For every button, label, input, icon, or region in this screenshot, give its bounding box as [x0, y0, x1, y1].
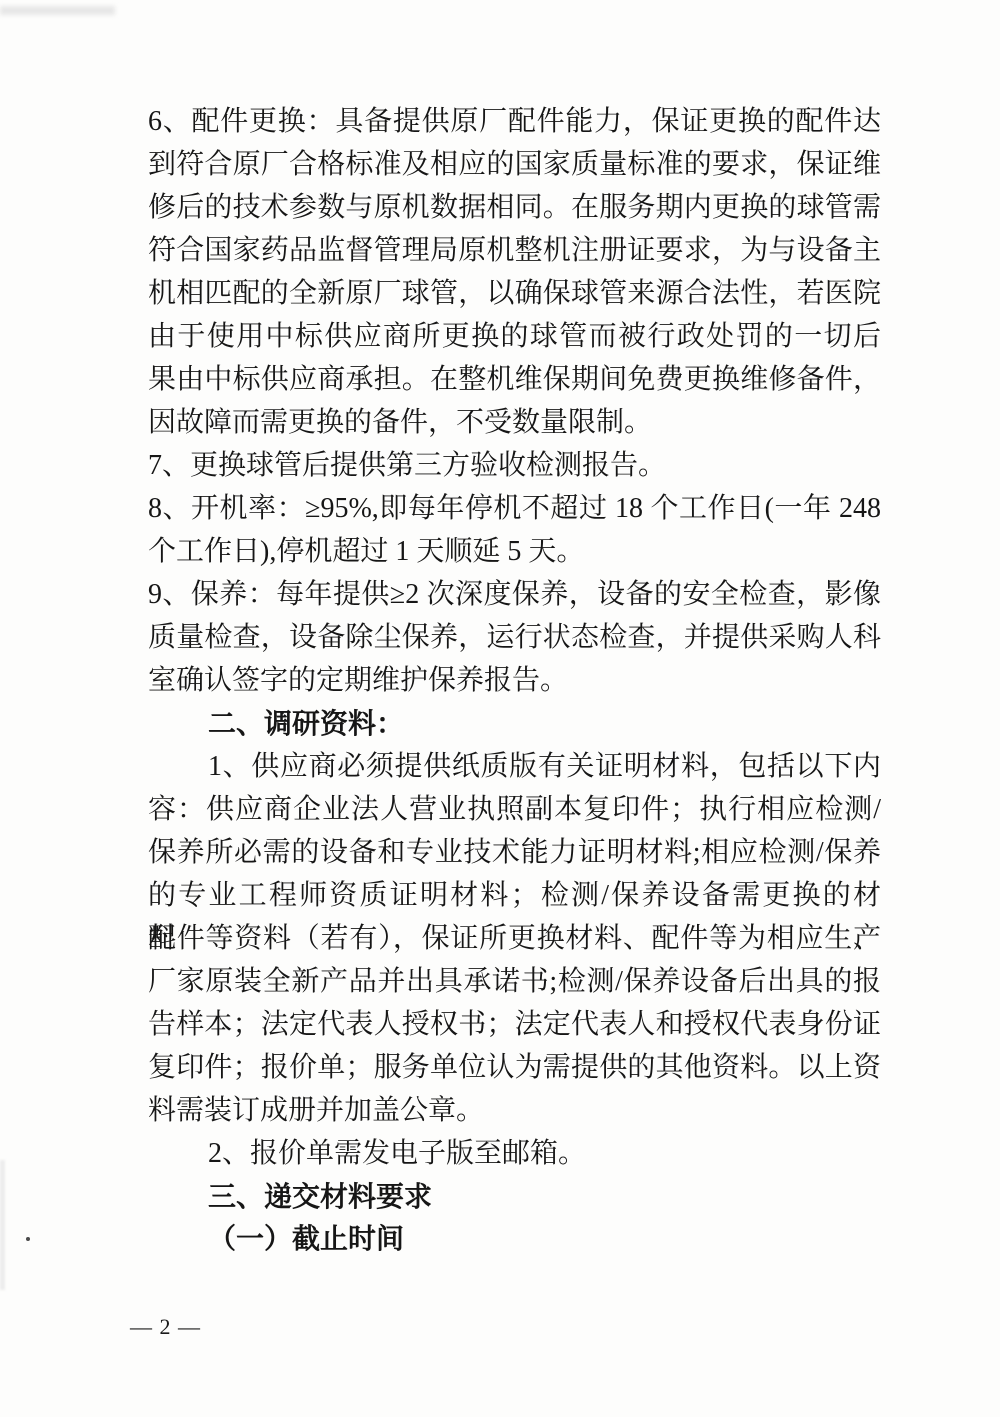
text-line: 机相匹配的全新原厂球管，以确保球管来源合法性，若医院	[148, 272, 881, 315]
text-line: 符合国家药品监督管理局原机整机注册证要求，为与设备主	[148, 229, 881, 272]
subsection-heading: （一）截止时间	[148, 1218, 881, 1261]
text-line: 告样本；法定代表人授权书；法定代表人和授权代表身份证	[148, 1003, 881, 1046]
text-line: 7、更换球管后提供第三方验收检测报告。	[148, 444, 881, 487]
text-line: 8、开机率：≥95%,即每年停机不超过 18 个工作日(一年 248	[148, 487, 881, 530]
text-line: 6、配件更换：具备提供原厂配件能力，保证更换的配件达	[148, 100, 881, 143]
text-line: 果由中标供应商承担。在整机维保期间免费更换维修备件，	[148, 358, 881, 401]
text-line: 质量检查，设备除尘保养，运行状态检查，并提供采购人科	[148, 616, 881, 659]
text-line: 由于使用中标供应商所更换的球管而被行政处罚的一切后	[148, 315, 881, 358]
text-line: 的专业工程师资质证明材料；检测/保养设备需更换的材料、	[148, 874, 881, 917]
ink-dot	[26, 1237, 30, 1241]
scan-artifact-left	[0, 1160, 5, 1290]
text-line: 保养所必需的设备和专业技术能力证明材料;相应检测/保养	[148, 831, 881, 874]
text-line: 室确认签字的定期维护保养报告。	[148, 659, 881, 702]
text-line: 修后的技术参数与原机数据相同。在服务期内更换的球管需	[148, 186, 881, 229]
scan-artifact-top	[0, 6, 115, 15]
text-line: 料需装订成册并加盖公章。	[148, 1089, 881, 1132]
page-number: — 2 —	[130, 1312, 201, 1342]
text-line: 个工作日),停机超过 1 天顺延 5 天。	[148, 530, 881, 573]
text-line: 厂家原装全新产品并出具承诺书;检测/保养设备后出具的报	[148, 960, 881, 1003]
text-line: 配件等资料（若有），保证所更换材料、配件等为相应生产	[148, 917, 881, 960]
text-line: 1、供应商必须提供纸质版有关证明材料，包括以下内	[148, 745, 881, 788]
text-line: 因故障而需更换的备件，不受数量限制。	[148, 401, 881, 444]
section-heading: 三、递交材料要求	[148, 1175, 881, 1218]
text-line: 到符合原厂合格标准及相应的国家质量标准的要求，保证维	[148, 143, 881, 186]
text-line: 9、保养：每年提供≥2 次深度保养，设备的安全检查，影像	[148, 573, 881, 616]
document-body: 6、配件更换：具备提供原厂配件能力，保证更换的配件达 到符合原厂合格标准及相应的…	[148, 100, 881, 1261]
section-heading: 二、调研资料：	[148, 702, 881, 745]
document-page: 6、配件更换：具备提供原厂配件能力，保证更换的配件达 到符合原厂合格标准及相应的…	[0, 0, 1000, 1417]
text-line: 2、报价单需发电子版至邮箱。	[148, 1132, 881, 1175]
text-line: 容：供应商企业法人营业执照副本复印件；执行相应检测/	[148, 788, 881, 831]
text-line: 复印件；报价单；服务单位认为需提供的其他资料。以上资	[148, 1046, 881, 1089]
